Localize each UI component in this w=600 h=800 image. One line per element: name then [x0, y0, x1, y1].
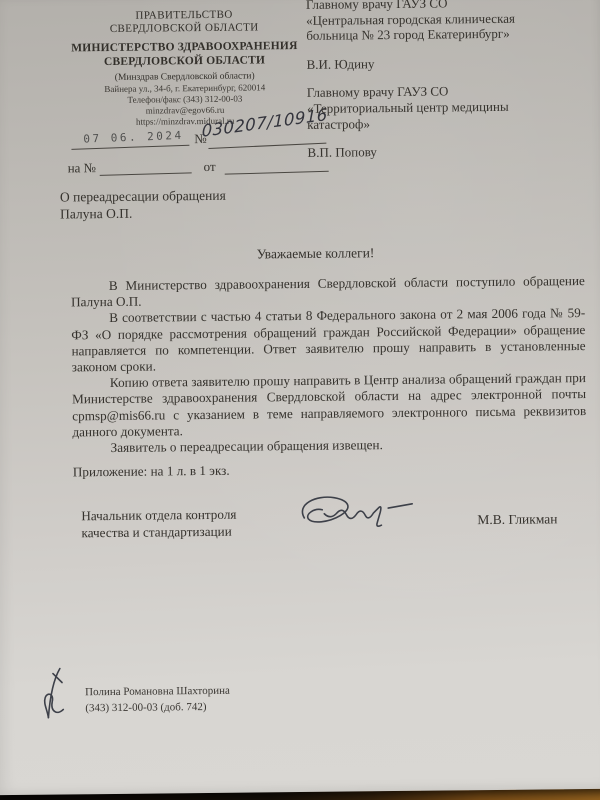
salutation: Уважаемые коллеги!: [70, 243, 560, 264]
body-paragraph-2: В соответствии с частью 4 статьи 8 Федер…: [71, 305, 586, 375]
letterhead-ministry-line1: МИНИСТЕРСТВО ЗДРАВООХРАНЕНИЯ: [56, 40, 312, 56]
date-underline: [71, 145, 189, 150]
reference-number-underline: [100, 172, 192, 176]
recipient-org1-line3: больница № 23 город Екатеринбург»: [306, 25, 592, 44]
signer-position-line2: качества и стандартизации: [81, 523, 236, 541]
signer-name: М.В. Гликман: [477, 511, 557, 528]
photo-background: ПРАВИТЕЛЬСТВО СВЕРДЛОВСКОЙ ОБЛАСТИ МИНИС…: [0, 0, 600, 800]
body-paragraph-1: В Министерство здравоохранения Свердловс…: [71, 273, 585, 311]
letterhead: ПРАВИТЕЛЬСТВО СВЕРДЛОВСКОЙ ОБЛАСТИ МИНИС…: [56, 8, 313, 129]
executor-block: Полина Романовна Шахторина (343) 312-00-…: [85, 683, 230, 717]
signature-glikman: [288, 491, 418, 538]
recipient-org2-line3: катастроф»: [307, 113, 593, 132]
recipients-block: Главному врачу ГАУЗ СО «Центральная горо…: [306, 0, 594, 161]
subject-block: О переадресации обращения Палуна О.П.: [60, 187, 226, 223]
attachment-note: Приложение: на 1 л. в 1 экз.: [73, 463, 230, 481]
date-stamp: 07 06. 2024: [83, 129, 184, 146]
signer-position-line1: Начальник отдела контроля: [81, 507, 236, 525]
subject-line2: Палуна О.П.: [60, 204, 226, 223]
body-paragraph-3: Копию ответа заявителю прошу направить в…: [72, 370, 587, 440]
letterhead-ministry-line2: СВЕРДЛОВСКОЙ ОБЛАСТИ: [56, 53, 312, 69]
executor-phone: (343) 312-00-03 (доб. 742): [85, 699, 230, 717]
reference-date-underline: [225, 171, 329, 175]
letter-body: В Министерство здравоохранения Свердловс…: [71, 273, 587, 457]
document-page: ПРАВИТЕЛЬСТВО СВЕРДЛОВСКОЙ ОБЛАСТИ МИНИС…: [0, 0, 600, 795]
recipient-person2: В.П. Попову: [307, 142, 593, 161]
reference-number-label: на №: [68, 160, 97, 176]
handwritten-initials: [33, 664, 78, 724]
subject-line1: О переадресации обращения: [60, 187, 226, 206]
recipient-person1: В.И. Юдину: [306, 54, 592, 73]
executor-name: Полина Романовна Шахторина: [85, 683, 230, 701]
reference-date-label: от: [204, 159, 216, 175]
letterhead-government-line2: СВЕРДЛОВСКОЙ ОБЛАСТИ: [56, 21, 312, 37]
signer-position: Начальник отдела контроля качества и ста…: [81, 507, 236, 542]
